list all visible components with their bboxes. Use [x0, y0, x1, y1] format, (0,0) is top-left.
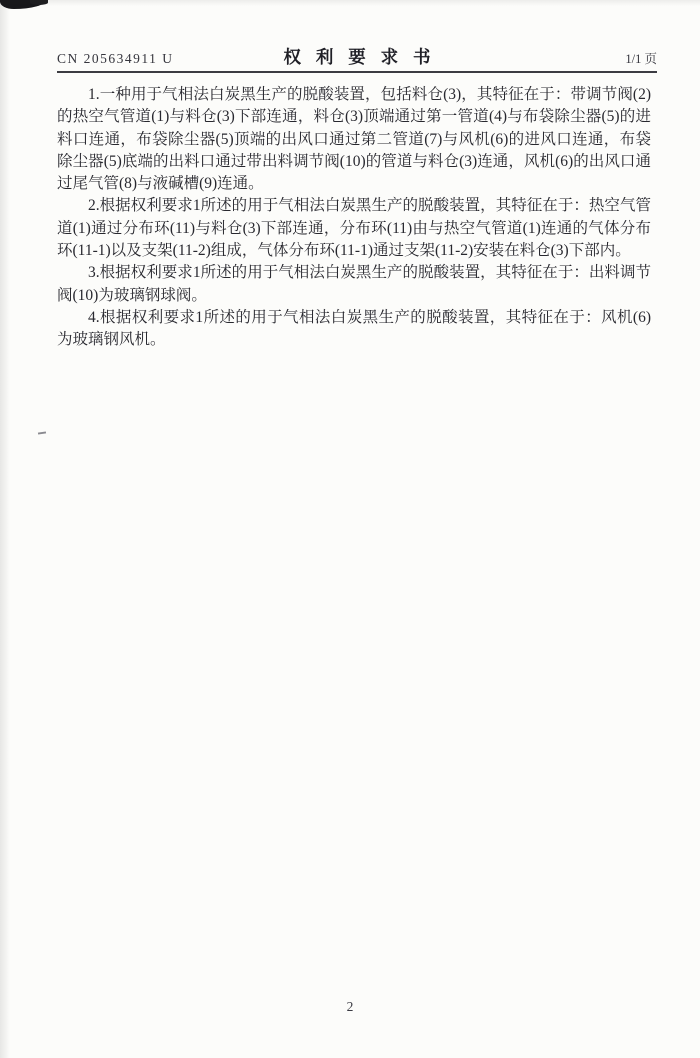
scan-artifact-top-left-2 — [30, 0, 48, 5]
claims-section: 1.一种用于气相法白炭黑生产的脱酸装置，包括料仓(3)，其特征在于：带调节阀(2… — [57, 84, 651, 352]
claim-4: 4.根据权利要求1所述的用于气相法白炭黑生产的脱酸装置，其特征在于：风机(6)为… — [57, 307, 651, 352]
scan-artifact-left-dash — [38, 431, 46, 434]
patent-number: CN 205634911 U — [57, 51, 174, 67]
claim-2: 2.根据权利要求1所述的用于气相法白炭黑生产的脱酸装置，其特征在于：热空气管道(… — [57, 195, 651, 262]
claim-1: 1.一种用于气相法白炭黑生产的脱酸装置，包括料仓(3)，其特征在于：带调节阀(2… — [57, 84, 651, 195]
patent-claims-page: CN 205634911 U 权利要求书 1/1 页 1.一种用于气相法白炭黑生… — [0, 0, 700, 1058]
claim-3: 3.根据权利要求1所述的用于气相法白炭黑生产的脱酸装置，其特征在于：出料调节阀(… — [57, 262, 651, 307]
page-footer: 2 — [0, 999, 700, 1015]
page-indicator: 1/1 页 — [625, 49, 657, 67]
page-header: CN 205634911 U 权利要求书 1/1 页 — [57, 44, 657, 69]
header-rule — [57, 71, 657, 73]
page-number: 2 — [347, 999, 354, 1014]
document-title: 权利要求书 — [284, 44, 446, 69]
